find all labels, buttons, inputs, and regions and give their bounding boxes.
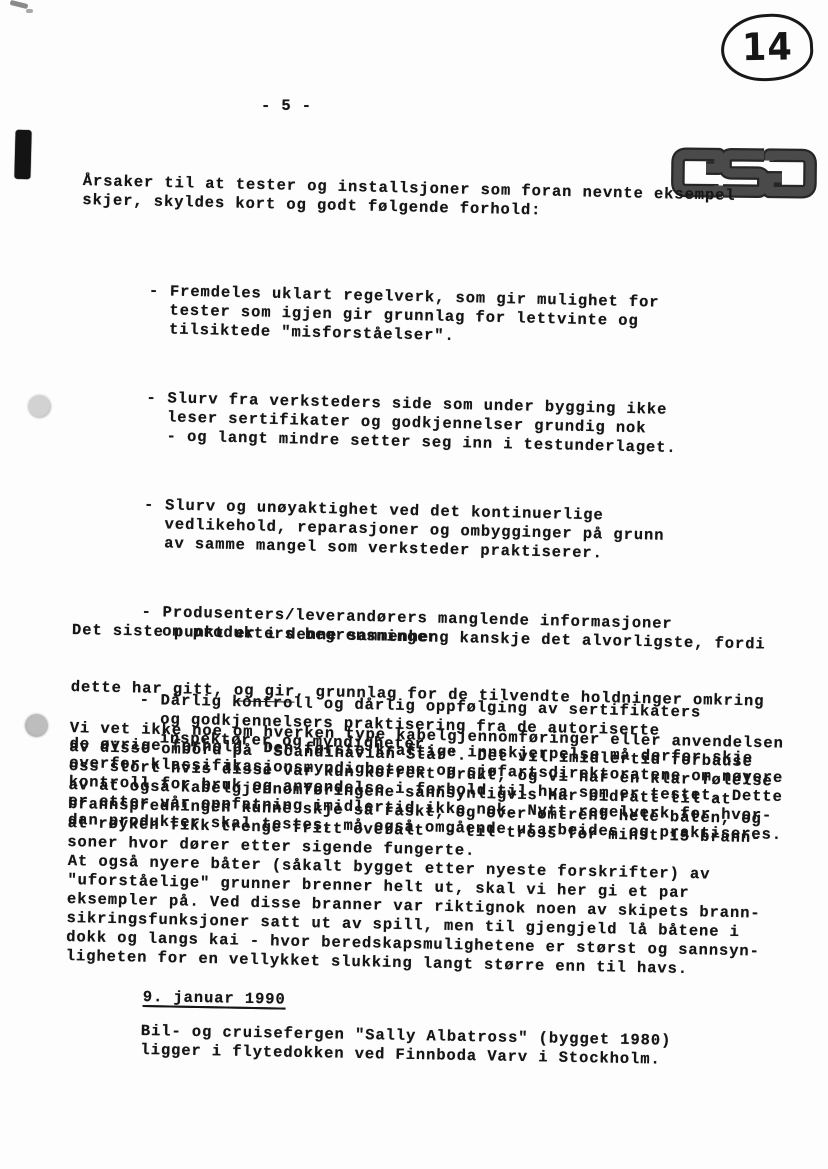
page-number-label: - 5 -: [261, 97, 312, 116]
scanned-document-page: 14 - 5 - Årsaker til at tester og instal…: [0, 0, 828, 1169]
bullet-dash: -: [145, 389, 167, 446]
list-item-text: Fremdeles uklart regelverk, som gir muli…: [169, 282, 660, 350]
scan-speck: [10, 0, 29, 9]
list-item: - Fremdeles uklart regelverk, som gir mu…: [148, 282, 711, 352]
scandinavian-star-paragraph: Vi vet ikke noe om hverken type kabelgje…: [67, 719, 784, 868]
hole-punch-mark: [28, 395, 51, 418]
scan-speck: [26, 9, 33, 13]
underlined-phrase: og gir: [234, 681, 296, 702]
list-item: - Slurv fra verksteders side som under b…: [145, 389, 708, 459]
date-heading: 9. januar 1990: [143, 988, 286, 1010]
scan-artifact-mark: [14, 130, 31, 179]
sally-albatross-paragraph: Bil- og cruisefergen "Sally Albatross" (…: [140, 1022, 671, 1070]
paragraph-line: Det siste punkt er i denne sammenheng ka…: [72, 621, 786, 655]
list-item: - Slurv og unøyaktighet ved det kontinue…: [143, 496, 706, 566]
intro-paragraph: Årsaker til at tester og installsjoner s…: [82, 172, 736, 225]
handwritten-number: 14: [741, 25, 792, 69]
bullet-dash: -: [148, 282, 170, 339]
list-item-text: Slurv og unøyaktighet ved det kontinuerl…: [164, 496, 665, 564]
hole-punch-mark: [25, 714, 48, 737]
examples-paragraph: At også nyere båter (såkalt bygget etter…: [66, 852, 762, 981]
bullet-dash: -: [143, 496, 165, 553]
paragraph-line: dette har gitt, og gir, grunnlag for de …: [71, 678, 785, 712]
list-item-text: Slurv fra verksteders side som under byg…: [166, 389, 677, 458]
handwritten-circled-number: 14: [719, 12, 814, 84]
